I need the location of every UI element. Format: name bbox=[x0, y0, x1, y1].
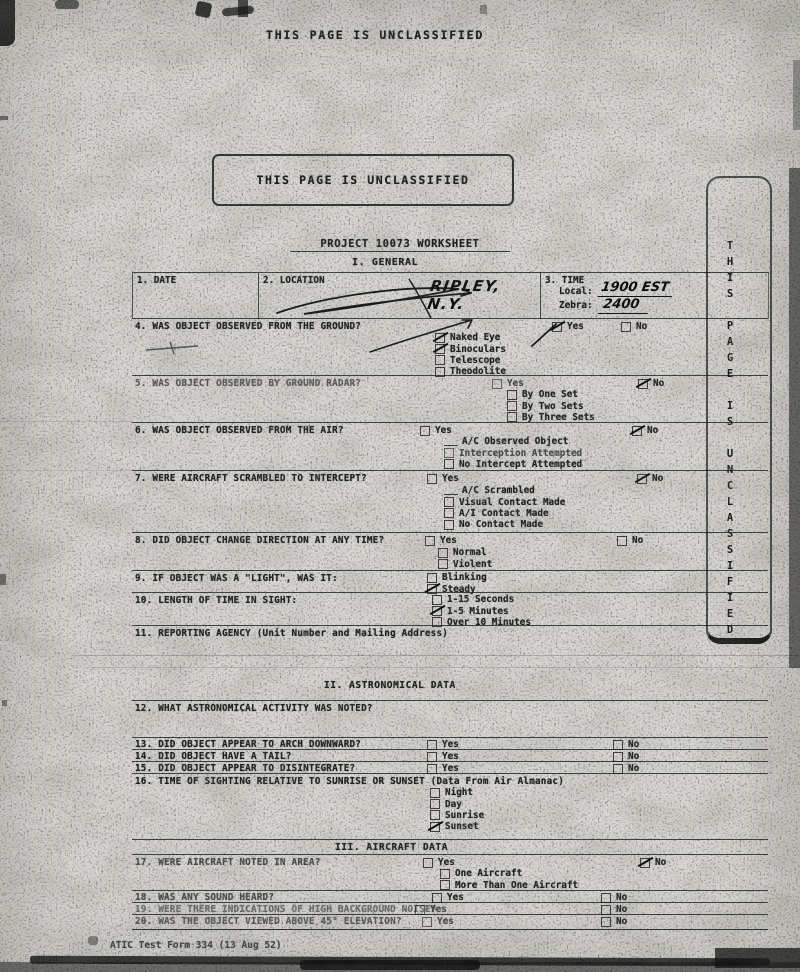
option-by-one-set: By One Set bbox=[507, 389, 595, 400]
scan-artifact bbox=[0, 0, 15, 46]
option-label: Visual Contact Made bbox=[459, 497, 565, 508]
scan-artifact bbox=[300, 960, 480, 970]
q17-no-label: No bbox=[655, 857, 666, 868]
q6-no-checkbox bbox=[632, 426, 642, 436]
question-row-8: 8. DID OBJECT CHANGE DIRECTION AT ANY TI… bbox=[132, 532, 768, 571]
question-row-12: 12. WHAT ASTRONOMICAL ACTIVITY WAS NOTED… bbox=[132, 700, 768, 738]
option-label: Naked Eye bbox=[450, 332, 500, 343]
location-label: 2. LOCATION bbox=[263, 275, 325, 286]
option-label: Telescope bbox=[450, 355, 500, 366]
option-label: By One Set bbox=[522, 389, 578, 400]
question-row-4: 4. WAS OBJECT OBSERVED FROM THE GROUND? … bbox=[132, 318, 768, 376]
header-row: 1. DATE 2. LOCATION RIPLEY, N.Y. 3. TIME… bbox=[132, 272, 769, 319]
q4-no-option: No bbox=[621, 321, 647, 332]
q7-yes-label: Yes bbox=[442, 473, 459, 484]
option-label: Interception Attempted bbox=[459, 448, 582, 459]
question-10-label: 10. LENGTH OF TIME IN SIGHT: bbox=[135, 595, 297, 606]
no-contact-checkbox bbox=[444, 520, 454, 530]
q6-no-option: No bbox=[632, 425, 658, 436]
option-label: Sunrise bbox=[445, 810, 484, 821]
q8-no-option: No bbox=[617, 535, 643, 546]
q4-yes-label: Yes bbox=[567, 321, 584, 332]
option-label: 1-5 Minutes bbox=[447, 606, 509, 617]
q15-yes-checkbox bbox=[427, 764, 437, 774]
option-no-contact-made: No Contact Made bbox=[444, 519, 565, 530]
date-label: 1. DATE bbox=[137, 275, 176, 286]
option-label: Blinking bbox=[442, 572, 487, 583]
telescope-checkbox bbox=[435, 355, 445, 365]
question-row-9: 9. IF OBJECT WAS A "LIGHT", WAS IT: Blin… bbox=[132, 570, 768, 593]
zebra-time-value: 2400 bbox=[598, 297, 651, 314]
question-row-5: 5. WAS OBJECT OBSERVED BY GROUND RADAR? … bbox=[132, 375, 768, 423]
q13-yes-checkbox bbox=[427, 740, 437, 750]
scan-line bbox=[0, 421, 132, 422]
q5-no-option: No bbox=[638, 378, 664, 389]
more-aircraft-checkbox bbox=[440, 880, 450, 890]
q6-options: A/C Observed Object Interception Attempt… bbox=[444, 436, 582, 470]
q7-no-label: No bbox=[652, 473, 663, 484]
question-row-7: 7. WERE AIRCRAFT SCRAMBLED TO INTERCEPT?… bbox=[132, 470, 768, 533]
scan-artifact bbox=[0, 574, 6, 585]
q19-no-checkbox bbox=[601, 905, 611, 915]
q8-yes-option: Yes bbox=[425, 535, 457, 546]
question-row-16: 16. TIME OF SIGHTING RELATIVE TO SUNRISE… bbox=[132, 773, 768, 840]
option-sunset: Sunset bbox=[430, 821, 484, 832]
scan-line bbox=[92, 667, 800, 668]
q4-no-checkbox bbox=[621, 322, 631, 332]
scan-artifact bbox=[0, 116, 8, 120]
q20-yes-checkbox bbox=[422, 917, 432, 927]
location-cell: 2. LOCATION RIPLEY, N.Y. bbox=[259, 273, 541, 319]
option-label: Day bbox=[445, 799, 462, 810]
option-label: By Two Sets bbox=[522, 401, 584, 412]
one-aircraft-checkbox bbox=[440, 869, 450, 879]
section-aircraft-heading: III. AIRCRAFT DATA bbox=[335, 842, 448, 853]
interception-attempted-checkbox bbox=[444, 448, 454, 458]
option-normal: Normal bbox=[438, 547, 492, 558]
q18-yes-checkbox bbox=[432, 893, 442, 903]
q13-no-checkbox bbox=[613, 740, 623, 750]
option-telescope: Telescope bbox=[435, 355, 506, 366]
scan-artifact bbox=[238, 0, 248, 17]
q18-no-checkbox bbox=[601, 893, 611, 903]
no-intercept-attempted-checkbox bbox=[444, 459, 454, 469]
q6-yes-label: Yes bbox=[435, 425, 452, 436]
q5-yes-option: Yes bbox=[492, 378, 524, 389]
option-binoculars: Binoculars bbox=[435, 343, 506, 354]
q20-yes-option: Yes bbox=[422, 916, 454, 927]
option-label: Binoculars bbox=[450, 344, 506, 355]
scan-line bbox=[72, 655, 800, 656]
scan-artifact bbox=[793, 60, 800, 130]
violent-checkbox bbox=[438, 559, 448, 569]
question-row-20: 20. WAS THE OBJECT VIEWED ABOVE 45° ELEV… bbox=[132, 914, 768, 930]
q6-no-label: No bbox=[647, 425, 658, 436]
question-12-label: 12. WHAT ASTRONOMICAL ACTIVITY WAS NOTED… bbox=[135, 703, 373, 714]
option-label: No Intercept Attempted bbox=[459, 459, 582, 470]
option-naked-eye: Naked Eye bbox=[435, 332, 506, 343]
option-label: Sunset bbox=[445, 821, 479, 832]
q8-options: Normal Violent bbox=[438, 547, 492, 570]
option-day: Day bbox=[430, 798, 484, 809]
q5-no-label: No bbox=[653, 378, 664, 389]
scan-artifact bbox=[55, 0, 79, 9]
question-row-10: 10. LENGTH OF TIME IN SIGHT: 1-15 Second… bbox=[132, 592, 768, 626]
page-title: PROJECT 10073 WORKSHEET bbox=[290, 238, 510, 252]
q5-yes-checkbox bbox=[492, 379, 502, 389]
q17-yes-checkbox bbox=[423, 858, 433, 868]
scan-line bbox=[0, 470, 132, 471]
option-1-15-seconds: 1-15 Seconds bbox=[432, 594, 531, 605]
q14-no-checkbox bbox=[613, 752, 623, 762]
q19-yes-checkbox bbox=[415, 905, 425, 915]
scan-artifact bbox=[789, 168, 800, 668]
unclassified-stamp-box: THIS PAGE IS UNCLASSIFIED bbox=[212, 154, 514, 206]
q5-options: By One Set By Two Sets By Three Sets bbox=[507, 389, 595, 423]
q4-options: Naked Eye Binoculars Telescope Theodolit… bbox=[435, 332, 506, 378]
location-value: RIPLEY, N.Y. bbox=[426, 277, 543, 313]
q20-no-label: No bbox=[616, 916, 627, 927]
question-11-label: 11. REPORTING AGENCY (Unit Number and Ma… bbox=[135, 628, 448, 639]
worksheet-form: 1. DATE 2. LOCATION RIPLEY, N.Y. 3. TIME… bbox=[132, 272, 768, 928]
option-ac-scrambled: A/C Scrambled bbox=[444, 485, 565, 496]
time-label: 3. TIME bbox=[545, 275, 584, 286]
by-two-sets-checkbox bbox=[507, 401, 517, 411]
q7-no-option: No bbox=[637, 473, 663, 484]
option-blinking: Blinking bbox=[427, 572, 487, 583]
option-1-5-minutes: 1-5 Minutes bbox=[432, 605, 531, 616]
date-cell: 1. DATE bbox=[133, 273, 259, 319]
q8-yes-label: Yes bbox=[440, 535, 457, 546]
question-9-label: 9. IF OBJECT WAS A "LIGHT", WAS IT: bbox=[135, 573, 338, 584]
question-20-label: 20. WAS THE OBJECT VIEWED ABOVE 45° ELEV… bbox=[135, 916, 402, 927]
q5-yes-label: Yes bbox=[507, 378, 524, 389]
night-checkbox bbox=[430, 788, 440, 798]
q8-no-label: No bbox=[632, 535, 643, 546]
scan-artifact bbox=[480, 5, 487, 14]
time-cell: 3. TIME Local: 1900 EST Zebra: 2400 bbox=[541, 273, 769, 319]
scan-artifact bbox=[195, 1, 213, 19]
sunset-checkbox bbox=[430, 822, 440, 832]
option-by-two-sets: By Two Sets bbox=[507, 400, 595, 411]
by-one-set-checkbox bbox=[507, 390, 517, 400]
binoculars-checkbox bbox=[435, 344, 445, 354]
by-three-sets-checkbox bbox=[507, 412, 517, 422]
option-one-aircraft: One Aircraft bbox=[440, 868, 578, 879]
q4-no-label: No bbox=[636, 321, 647, 332]
q4-yes-option: Yes bbox=[552, 321, 584, 332]
option-no-intercept-attempted: No Intercept Attempted bbox=[444, 459, 582, 470]
question-17-label: 17. WERE AIRCRAFT NOTED IN AREA? bbox=[135, 857, 321, 868]
normal-checkbox bbox=[438, 548, 448, 558]
scan-artifact bbox=[88, 936, 98, 945]
option-label: Normal bbox=[453, 547, 487, 558]
question-16-label: 16. TIME OF SIGHTING RELATIVE TO SUNRISE… bbox=[135, 776, 564, 787]
scan-artifact bbox=[715, 948, 800, 968]
option-visual-contact-made: Visual Contact Made bbox=[444, 496, 565, 507]
naked-eye-checkbox bbox=[435, 333, 445, 343]
form-number-footer: ATIC Test Form 334 (13 Aug 52) bbox=[110, 940, 282, 951]
q14-yes-checkbox bbox=[427, 752, 437, 762]
option-violent: Violent bbox=[438, 558, 492, 569]
option-night: Night bbox=[430, 787, 484, 798]
q7-yes-checkbox bbox=[427, 474, 437, 484]
q17-yes-option: Yes bbox=[423, 857, 455, 868]
option-label: Violent bbox=[453, 559, 492, 570]
section-astronomical-heading: II. ASTRONOMICAL DATA bbox=[324, 680, 456, 691]
scan-artifact bbox=[2, 700, 7, 706]
blinking-checkbox bbox=[427, 573, 437, 583]
option-label: No Contact Made bbox=[459, 519, 543, 530]
q5-no-checkbox bbox=[638, 379, 648, 389]
day-checkbox bbox=[430, 799, 440, 809]
question-8-label: 8. DID OBJECT CHANGE DIRECTION AT ANY TI… bbox=[135, 535, 384, 546]
q15-no-checkbox bbox=[613, 764, 623, 774]
q17-no-option: No bbox=[640, 857, 666, 868]
q7-yes-option: Yes bbox=[427, 473, 459, 484]
question-row-17: 17. WERE AIRCRAFT NOTED IN AREA? Yes No … bbox=[132, 854, 768, 891]
option-label: A/I Contact Made bbox=[459, 508, 549, 519]
top-unclassified-banner: THIS PAGE IS UNCLASSIFIED bbox=[266, 28, 484, 42]
q20-yes-label: Yes bbox=[437, 916, 454, 927]
visual-contact-checkbox bbox=[444, 497, 454, 507]
option-sunrise: Sunrise bbox=[430, 810, 484, 821]
q17-yes-label: Yes bbox=[438, 857, 455, 868]
q16-options: Night Day Sunrise Sunset bbox=[430, 787, 484, 833]
option-ac-observed-object: A/C Observed Object bbox=[444, 436, 582, 447]
local-time-label: Local: bbox=[559, 286, 593, 297]
sunrise-checkbox bbox=[430, 810, 440, 820]
option-label: 1-15 Seconds bbox=[447, 594, 514, 605]
ai-contact-checkbox bbox=[444, 508, 454, 518]
q17-options: One Aircraft More Than One Aircraft bbox=[440, 868, 578, 891]
local-time-value: 1900 EST bbox=[598, 280, 675, 297]
seconds-checkbox bbox=[432, 595, 442, 605]
option-label: More Than One Aircraft bbox=[455, 880, 578, 891]
q7-no-checkbox bbox=[637, 474, 647, 484]
question-row-6: 6. WAS OBJECT OBSERVED FROM THE AIR? Yes… bbox=[132, 422, 768, 471]
question-7-label: 7. WERE AIRCRAFT SCRAMBLED TO INTERCEPT? bbox=[135, 473, 367, 484]
unclassified-stamp-text: THIS PAGE IS UNCLASSIFIED bbox=[256, 173, 469, 187]
q17-no-checkbox bbox=[640, 858, 650, 868]
minutes-checkbox bbox=[432, 606, 442, 616]
q8-yes-checkbox bbox=[425, 536, 435, 546]
option-label: A/C Scrambled bbox=[462, 485, 535, 496]
q20-no-checkbox bbox=[601, 917, 611, 927]
q20-no-option: No bbox=[601, 916, 627, 927]
q6-yes-checkbox bbox=[420, 426, 430, 436]
q4-yes-checkbox bbox=[552, 322, 562, 332]
q8-no-checkbox bbox=[617, 536, 627, 546]
option-interception-attempted: Interception Attempted bbox=[444, 447, 582, 458]
scanned-worksheet-page: THIS PAGE IS UNCLASSIFIED THIS PAGE IS U… bbox=[0, 0, 800, 972]
option-label: A/C Observed Object bbox=[462, 436, 568, 447]
q7-options: A/C Scrambled Visual Contact Made A/I Co… bbox=[444, 485, 565, 531]
zebra-time-label: Zebra: bbox=[559, 300, 593, 311]
q10-options: 1-15 Seconds 1-5 Minutes Over 10 Minutes bbox=[432, 594, 531, 628]
q6-yes-option: Yes bbox=[420, 425, 452, 436]
question-4-label: 4. WAS OBJECT OBSERVED FROM THE GROUND? bbox=[135, 321, 361, 332]
question-5-label: 5. WAS OBJECT OBSERVED BY GROUND RADAR? bbox=[135, 378, 361, 389]
option-label: Night bbox=[445, 787, 473, 798]
question-6-label: 6. WAS OBJECT OBSERVED FROM THE AIR? bbox=[135, 425, 344, 436]
option-label: One Aircraft bbox=[455, 868, 522, 879]
option-ai-contact-made: A/I Contact Made bbox=[444, 508, 565, 519]
section-general-heading: I. GENERAL bbox=[352, 257, 418, 268]
